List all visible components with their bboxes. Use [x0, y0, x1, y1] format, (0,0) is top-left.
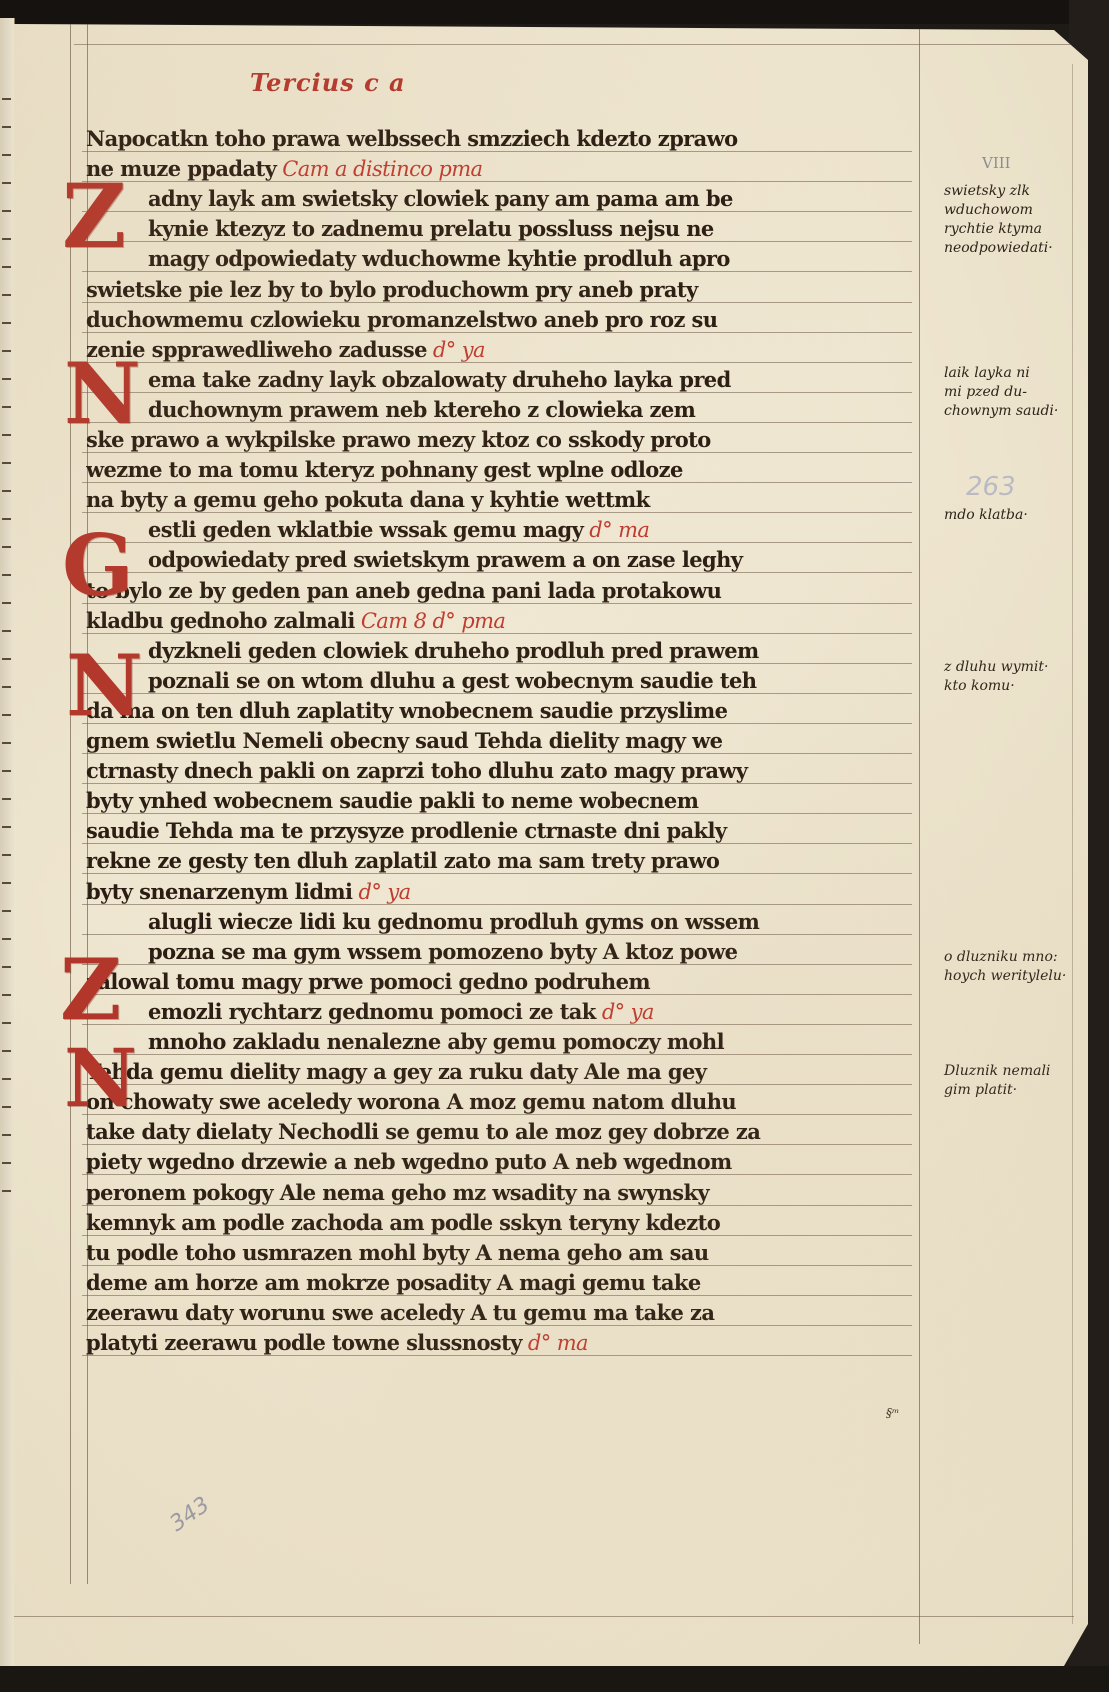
line-body: estli geden wklatbie wssak gemu magy	[148, 517, 583, 542]
line-body: kemnyk am podle zachoda am podle sskyn t…	[86, 1210, 720, 1235]
prev-leaf-text-fragment	[2, 238, 11, 240]
line-body: Napocatkn toho prawa welbssech smzziech …	[86, 126, 738, 151]
text-line: gnem swietlu Nemeli obecny saud Tehda di…	[86, 726, 926, 756]
line-body: saudie Tehda ma te przysyze prodlenie ct…	[86, 818, 726, 843]
rubric-reference: d° ma	[583, 518, 649, 542]
line-body: poznali se on wtom dluhu a gest wobecnym…	[148, 668, 756, 693]
text-line: take daty dielaty Nechodli se gemu to al…	[86, 1117, 926, 1147]
marginal-note: o dluzniku mno:hoych weritylelu·	[944, 948, 1094, 986]
text-line: emozli rychtarz gednomu pomoci ze tak d°…	[148, 997, 926, 1027]
prev-leaf-text-fragment	[2, 462, 11, 464]
text-line: pozna se ma gym wssem pomozeno byty A kt…	[148, 937, 926, 967]
line-body: rekne ze gesty ten dluh zaplatil zato ma…	[86, 848, 719, 873]
text-line: piety wgedno drzewie a neb wgedno puto A…	[86, 1147, 926, 1177]
marginal-note-line: z dluhu wymit·	[944, 658, 1094, 677]
line-body: on chowaty swe aceledy worona A moz gemu…	[86, 1089, 736, 1114]
initial-n-nemozli: N	[64, 1038, 137, 1118]
line-body: mnoho zakladu nenalezne aby gemu pomoczy…	[148, 1029, 724, 1054]
prev-leaf-text-fragment	[2, 98, 11, 100]
line-body: byty ynhed wobecnem saudie pakli to neme…	[86, 788, 698, 813]
text-line: adny layk am swietsky clowiek pany am pa…	[148, 184, 926, 214]
text-line: byty ynhed wobecnem saudie pakli to neme…	[86, 786, 926, 816]
line-body: dyzkneli geden clowiek druheho prodluh p…	[148, 638, 759, 663]
prev-leaf-text-fragment	[2, 434, 11, 436]
line-body: zeerawu daty worunu swe aceledy A tu gem…	[86, 1300, 714, 1325]
text-line: magy odpowiedaty wduchowme kyhtie prodlu…	[148, 244, 926, 274]
line-body: peronem pokogy Ale nema geho mz wsadity …	[86, 1180, 709, 1205]
line-body: da ma on ten dluh zaplatity wnobecnem sa…	[86, 698, 727, 723]
text-line: duchownym prawem neb ktereho z clowieka …	[148, 395, 926, 425]
prev-leaf-text-fragment	[2, 1162, 11, 1164]
line-body: alugli wiecze lidi ku gednomu prodluh gy…	[148, 909, 759, 934]
marginal-note-line: neodpowiedati·	[944, 239, 1094, 258]
marginal-note: mdo klatba·	[944, 506, 1094, 525]
text-line: zalowal tomu magy prwe pomoci gedno podr…	[86, 967, 926, 997]
signature-mark: §ᵐ	[886, 1406, 899, 1420]
prev-leaf-text-fragment	[2, 1022, 11, 1024]
initial-z-zaluglli: Z	[60, 948, 121, 1032]
text-line: mnoho zakladu nenalezne aby gemu pomoczy…	[148, 1027, 926, 1057]
text-line: deme am horze am mokrze posadity A magi …	[86, 1268, 926, 1298]
line-body: to bylo ze by geden pan aneb gedna pani …	[86, 578, 721, 603]
folio-roman-numeral: VIII	[982, 154, 1011, 172]
text-line: wezme to ma tomu kteryz pohnany gest wpl…	[86, 455, 926, 485]
prev-leaf-text-fragment	[2, 686, 11, 688]
prev-leaf-text-fragment	[2, 126, 11, 128]
text-line: odpowiedaty pred swietskym prawem a on z…	[148, 545, 926, 575]
prev-leaf-text-fragment	[2, 658, 11, 660]
line-body: kynie ktezyz to zadnemu prelatu possluss…	[148, 216, 714, 241]
prev-leaf-text-fragment	[2, 322, 11, 324]
prev-leaf-text-fragment	[2, 770, 11, 772]
line-body: ske prawo a wykpilske prawo mezy ktoz co…	[86, 427, 711, 452]
line-body: swietske pie lez by to bylo produchowm p…	[86, 277, 698, 302]
rubric-reference: d° ya	[596, 1000, 654, 1024]
text-line: peronem pokogy Ale nema geho mz wsadity …	[86, 1178, 926, 1208]
text-line: swietske pie lez by to bylo produchowm p…	[86, 275, 926, 305]
text-line: Napocatkn toho prawa welbssech smzziech …	[86, 124, 926, 154]
manuscript-page: Tercius c a VIII 263 343 Napocatkn toho …	[14, 24, 1089, 1666]
prev-leaf-text-fragment	[2, 266, 11, 268]
line-body: pozna se ma gym wssem pomozeno byty A kt…	[148, 939, 737, 964]
line-body: tu podle toho usmrazen mohl byty A nema …	[86, 1240, 709, 1265]
text-line: duchowmemu czlowieku promanzelstwo aneb …	[86, 305, 926, 335]
rubric-reference: d° ya	[352, 880, 410, 904]
text-line: to bylo ze by geden pan aneb gedna pani …	[86, 576, 926, 606]
rubric-reference: Cam 8 d° pma	[355, 609, 506, 633]
prev-leaf-text-fragment	[2, 518, 11, 520]
marginal-note-line: laik layka ni	[944, 364, 1094, 383]
marginal-note-line: rychtie ktyma	[944, 220, 1094, 239]
text-line: poznali se on wtom dluhu a gest wobecnym…	[148, 666, 926, 696]
text-line: ske prawo a wykpilske prawo mezy ktoz co…	[86, 425, 926, 455]
text-line: platyti zeerawu podle towne slussnosty d…	[86, 1328, 926, 1358]
text-line: byty snenarzenym lidmi d° ya	[86, 877, 926, 907]
text-line: kemnyk am podle zachoda am podle sskyn t…	[86, 1208, 926, 1238]
prev-leaf-text-fragment	[2, 742, 11, 744]
text-line: rekne ze gesty ten dluh zaplatil zato ma…	[86, 846, 926, 876]
running-header: Tercius c a	[250, 68, 406, 97]
prev-leaf-text-fragment	[2, 854, 11, 856]
prev-leaf-text-fragment	[2, 1078, 11, 1080]
text-line: kynie ktezyz to zadnemu prelatu possluss…	[148, 214, 926, 244]
text-line: Tehda gemu dielity magy a gey za ruku da…	[86, 1057, 926, 1087]
text-line: on chowaty swe aceledy worona A moz gemu…	[86, 1087, 926, 1117]
line-body: ctrnasty dnech pakli on zaprzi toho dluh…	[86, 758, 747, 783]
prev-leaf-text-fragment	[2, 602, 11, 604]
prev-leaf-text-fragment	[2, 210, 11, 212]
text-line: dyzkneli geden clowiek druheho prodluh p…	[148, 636, 926, 666]
text-line: da ma on ten dluh zaplatity wnobecnem sa…	[86, 696, 926, 726]
text-line: alugli wiecze lidi ku gednomu prodluh gy…	[148, 907, 926, 937]
marginal-note-line: o dluzniku mno:	[944, 948, 1094, 967]
line-body: take daty dielaty Nechodli se gemu to al…	[86, 1119, 760, 1144]
prev-leaf-text-fragment	[2, 1134, 11, 1136]
text-line: zeerawu daty worunu swe aceledy A tu gem…	[86, 1298, 926, 1328]
marginal-note-line: kto komu·	[944, 677, 1094, 696]
marginal-note-line: wduchowom	[944, 201, 1094, 220]
prev-leaf-text-fragment	[2, 882, 11, 884]
folio-bottom-pencil: 343	[166, 1492, 215, 1537]
line-body: Tehda gemu dielity magy a gey za ruku da…	[86, 1059, 706, 1084]
line-body: wezme to ma tomu kteryz pohnany gest wpl…	[86, 457, 683, 482]
prev-leaf-text-fragment	[2, 714, 11, 716]
line-body: emozli rychtarz gednomu pomoci ze tak	[148, 999, 596, 1024]
rubric-reference: Cam a distinco pma	[276, 157, 482, 181]
marginal-note-line: hoych weritylelu·	[944, 967, 1094, 986]
line-body: ema take zadny layk obzalowaty druheho l…	[148, 367, 731, 392]
line-body: zalowal tomu magy prwe pomoci gedno podr…	[86, 969, 650, 994]
prev-leaf-text-fragment	[2, 938, 11, 940]
prev-leaf-text-fragment	[2, 182, 11, 184]
text-line: zenie spprawedliweho zadusse d° ya	[86, 335, 926, 365]
prev-leaf-text-fragment	[2, 546, 11, 548]
marginal-note-line: mi pzed du-	[944, 383, 1094, 402]
line-body: odpowiedaty pred swietskym prawem a on z…	[148, 547, 742, 572]
marginal-note: z dluhu wymit·kto komu·	[944, 658, 1094, 696]
prev-leaf-text-fragment	[2, 490, 11, 492]
line-body: duchowmemu czlowieku promanzelstwo aneb …	[86, 307, 717, 332]
text-line: saudie Tehda ma te przysyze prodlenie ct…	[86, 816, 926, 846]
prev-leaf-text-fragment	[2, 294, 11, 296]
line-body: magy odpowiedaty wduchowme kyhtie prodlu…	[148, 246, 730, 271]
prev-leaf-text-fragment	[2, 154, 11, 156]
prev-leaf-text-fragment	[2, 350, 11, 352]
prev-leaf-text-fragment	[2, 1106, 11, 1108]
initial-z-zadny: Z	[62, 172, 126, 260]
line-body: piety wgedno drzewie a neb wgedno puto A…	[86, 1149, 732, 1174]
prev-leaf-text-fragment	[2, 630, 11, 632]
prev-leaf-text-fragment	[2, 826, 11, 828]
text-line: estli geden wklatbie wssak gemu magy d° …	[148, 515, 926, 545]
initial-n-nydyzkneli: N	[66, 644, 143, 728]
line-body: platyti zeerawu podle towne slussnosty	[86, 1330, 522, 1355]
marginal-note-line: swietsky zlk	[944, 182, 1094, 201]
folio-pencil-number: 263	[966, 472, 1016, 502]
text-line: ne muze ppadaty Cam a distinco pma	[86, 154, 926, 184]
text-line: ctrnasty dnech pakli on zaprzi toho dluh…	[86, 756, 926, 786]
prev-leaf-text-fragment	[2, 1190, 11, 1192]
rubric-reference: d° ma	[522, 1331, 588, 1355]
marginal-note-line: mdo klatba·	[944, 506, 1094, 525]
rubric-reference: d° ya	[427, 338, 485, 362]
line-body: duchownym prawem neb ktereho z clowieka …	[148, 397, 695, 422]
previous-leaf-edge	[0, 18, 15, 1666]
scan-backdrop-top	[0, 0, 1109, 24]
marginal-note-line: gim platit·	[944, 1081, 1094, 1100]
line-body: deme am horze am mokrze posadity A magi …	[86, 1270, 701, 1295]
ruling-top	[74, 44, 1074, 45]
prev-leaf-text-fragment	[2, 1050, 11, 1052]
marginal-note: Dluznik nemaligim platit·	[944, 1062, 1094, 1100]
prev-leaf-text-fragment	[2, 994, 11, 996]
line-body: gnem swietlu Nemeli obecny saud Tehda di…	[86, 728, 722, 753]
ruling-bottom	[14, 1616, 1074, 1617]
marginal-note: swietsky zlkwduchowomrychtie ktymaneodpo…	[944, 182, 1094, 258]
marginal-note-line: Dluznik nemali	[944, 1062, 1094, 1081]
initial-g-gestli: G	[62, 524, 134, 608]
prev-leaf-text-fragment	[2, 910, 11, 912]
prev-leaf-text-fragment	[2, 966, 11, 968]
initial-n-nema: N	[64, 352, 141, 436]
text-line: kladbu gednoho zalmali Cam 8 d° pma	[86, 606, 926, 636]
ruling-outer-edge	[1072, 64, 1073, 1624]
marginal-note: laik layka nimi pzed du-chownym saudi·	[944, 364, 1094, 421]
prev-leaf-text-fragment	[2, 378, 11, 380]
line-body: adny layk am swietsky clowiek pany am pa…	[148, 186, 733, 211]
prev-leaf-text-fragment	[2, 574, 11, 576]
line-body: byty snenarzenym lidmi	[86, 879, 352, 904]
prev-leaf-text-fragment	[2, 798, 11, 800]
text-line: ema take zadny layk obzalowaty druheho l…	[148, 365, 926, 395]
scan-backdrop-bottom	[0, 1666, 1109, 1692]
prev-leaf-text-fragment	[2, 406, 11, 408]
marginal-note-line: chownym saudi·	[944, 402, 1094, 421]
text-line: tu podle toho usmrazen mohl byty A nema …	[86, 1238, 926, 1268]
text-line: na byty a gemu geho pokuta dana y kyhtie…	[86, 485, 926, 515]
line-body: na byty a gemu geho pokuta dana y kyhtie…	[86, 487, 650, 512]
